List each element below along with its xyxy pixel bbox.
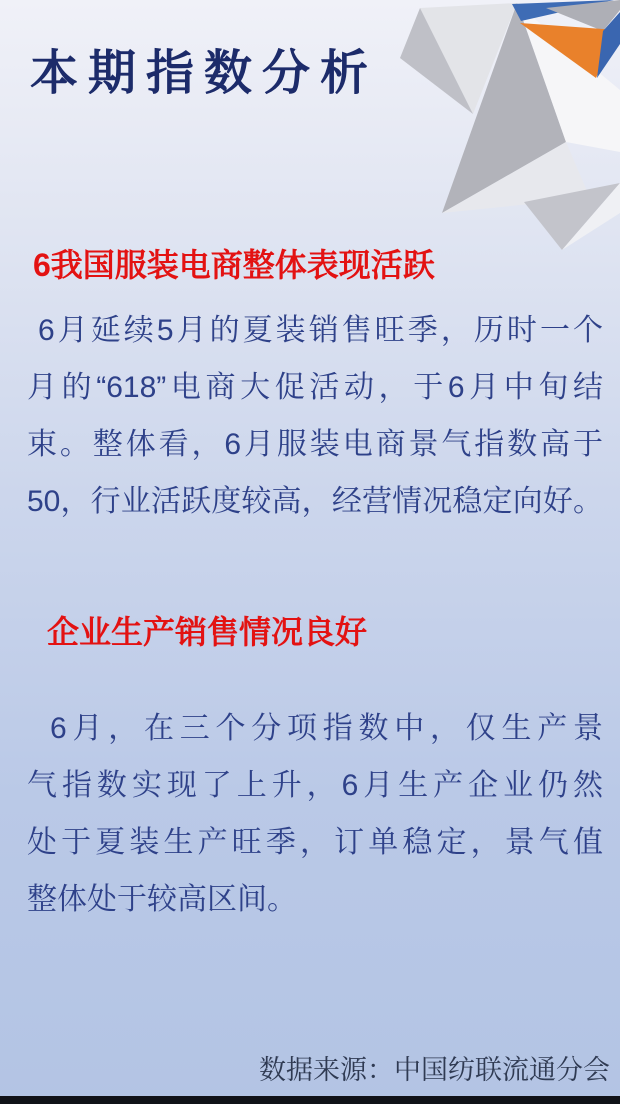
section-paragraph: 6月，在三个分项指数中，仅生产景气指数实现了上升，6月生产企业仍然处于夏装生产旺… [27,700,603,928]
paragraph-line: 处于夏装生产旺季，订单稳定，景气值 [27,814,603,871]
bottom-bar [0,1096,620,1104]
paragraph-line: 6月，在三个分项指数中，仅生产景 [27,700,603,757]
paragraph-line: 月的“618”电商大促活动，于6月中旬结 [27,359,603,416]
section-heading: 企业生产销售情况良好 [47,607,367,653]
data-source-note: 数据来源：中国纺联流通分会 [259,1048,610,1087]
infographic-canvas: 本期指数分析 6我国服装电商整体表现活跃 6月延续5月的夏装销售旺季，历时一个月… [0,0,620,1104]
crystal-star-decoration [400,0,620,270]
paragraph-line: 束。整体看，6月服装电商景气指数高于 [27,416,603,473]
section-heading: 6我国服装电商整体表现活跃 [33,240,435,286]
paragraph-line: 6月延续5月的夏装销售旺季，历时一个 [27,302,603,359]
paragraph-line: 50，行业活跃度较高，经营情况稳定向好。 [27,473,603,530]
paragraph-line: 气指数实现了上升，6月生产企业仍然 [27,757,603,814]
page-title: 本期指数分析 [30,34,378,103]
section-paragraph: 6月延续5月的夏装销售旺季，历时一个月的“618”电商大促活动，于6月中旬结束。… [27,302,603,530]
paragraph-line: 整体处于较高区间。 [27,871,603,928]
